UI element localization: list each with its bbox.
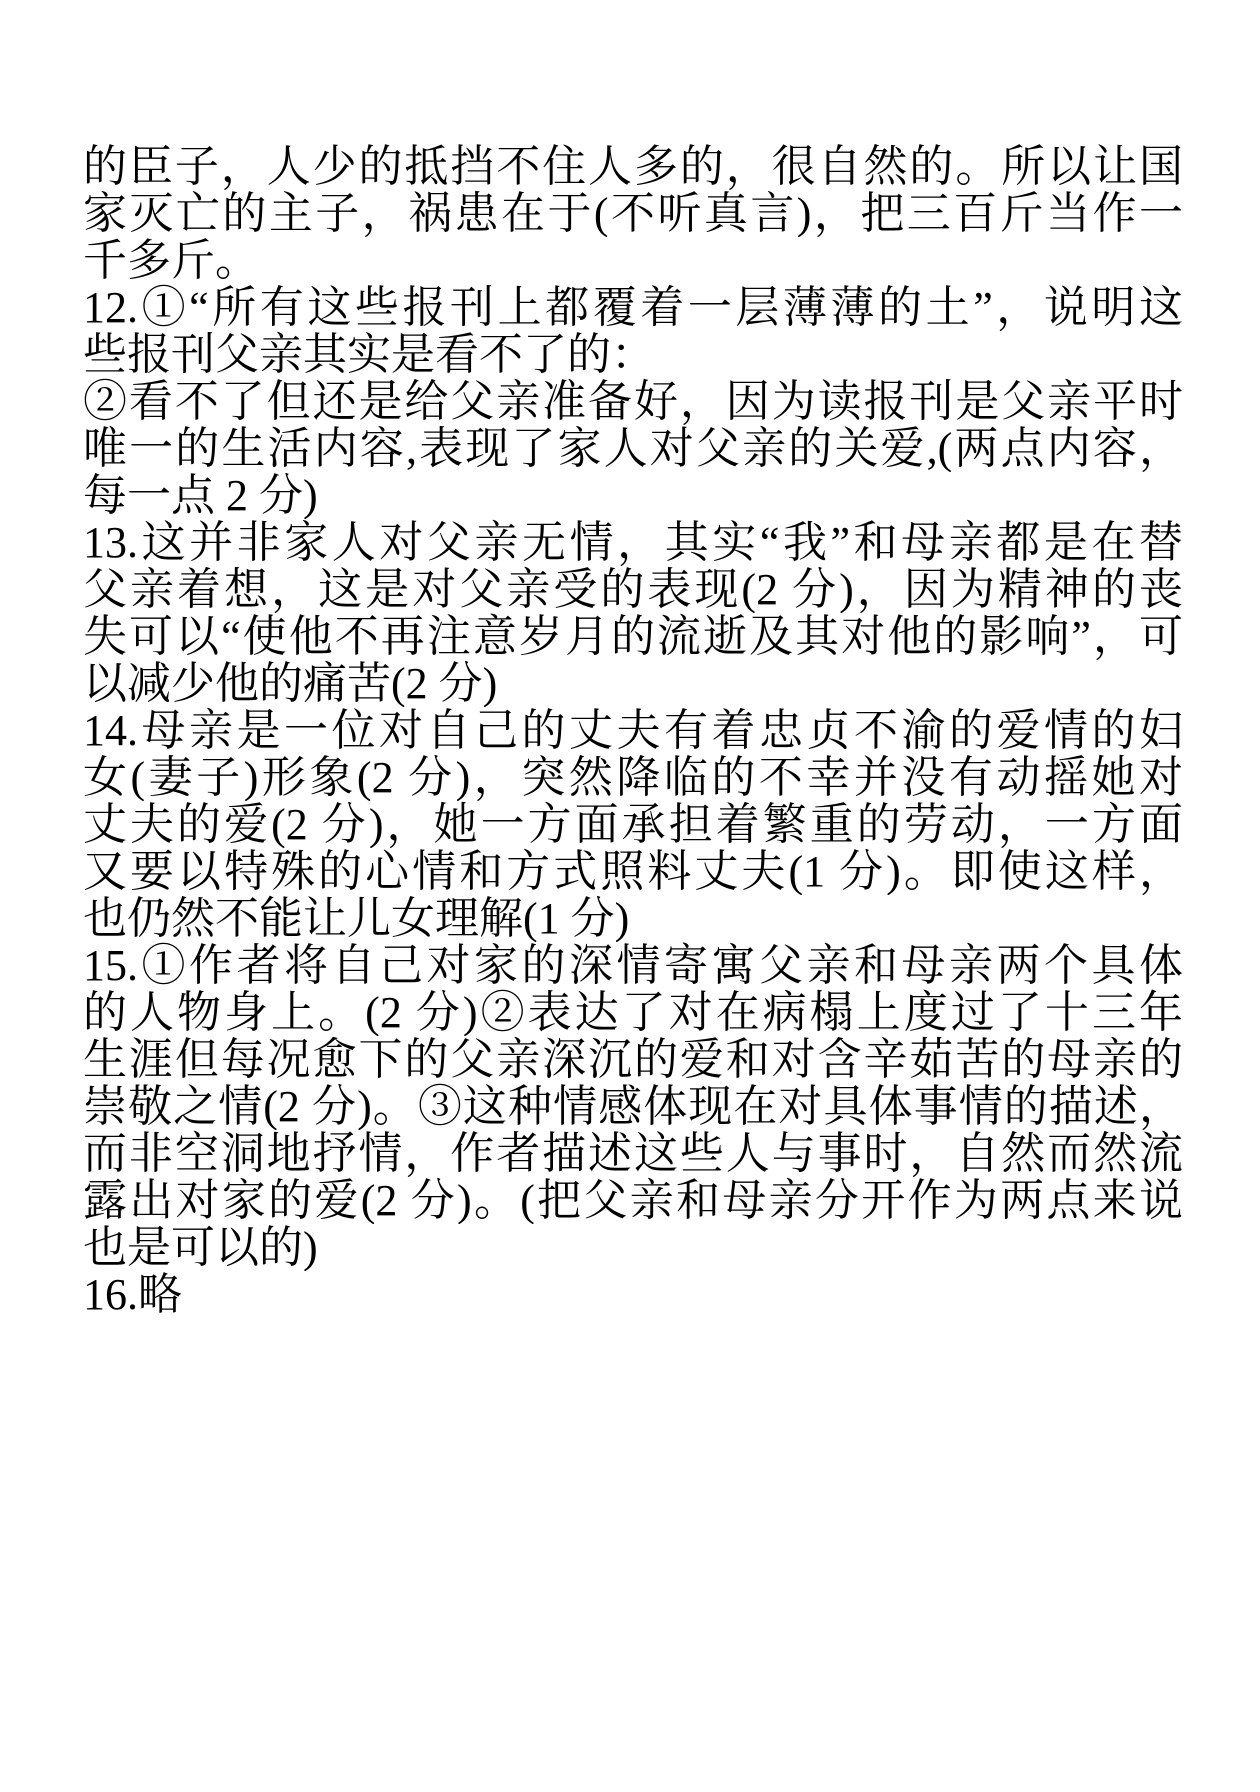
text-line: 千多斤。 <box>83 237 1183 284</box>
text-line: 失可以“使他不再注意岁月的流逝及其对他的影响”，可 <box>83 613 1183 660</box>
text-line: 家灭亡的主子，祸患在于(不听真言)，把三百斤当作一 <box>83 190 1183 237</box>
text-line: 13.这并非家人对父亲无情，其实“我”和母亲都是在替 <box>83 519 1183 566</box>
text-line: 女(妻子)形象(2 分)，突然降临的不幸并没有动摇她对 <box>83 754 1183 801</box>
text-line: 16.略 <box>83 1271 1183 1318</box>
text-line: 也是可以的) <box>83 1224 1183 1271</box>
text-line: 露出对家的爱(2 分)。(把父亲和母亲分开作为两点来说 <box>83 1177 1183 1224</box>
text-line: 以减少他的痛苦(2 分) <box>83 660 1183 707</box>
text-line: 唯一的生活内容,表现了家人对父亲的关爱,(两点内容， <box>83 425 1183 472</box>
document-page: 的臣子，人少的抵挡不住人多的，很自然的。所以让国 家灭亡的主子，祸患在于(不听真… <box>0 0 1260 1792</box>
text-line: 每一点 2 分) <box>83 472 1183 519</box>
text-line: 14.母亲是一位对自己的丈夫有着忠贞不渝的爱情的妇 <box>83 707 1183 754</box>
text-line: 崇敬之情(2 分)。③这种情感体现在对具体事情的描述， <box>83 1083 1183 1130</box>
answer-key-text: 的臣子，人少的抵挡不住人多的，很自然的。所以让国 家灭亡的主子，祸患在于(不听真… <box>83 143 1183 1318</box>
text-line: 的人物身上。(2 分)②表达了对在病榻上度过了十三年 <box>83 989 1183 1036</box>
text-line: 15.①作者将自己对家的深情寄寓父亲和母亲两个具体 <box>83 942 1183 989</box>
text-line: 又要以特殊的心情和方式照料丈夫(1 分)。即使这样， <box>83 848 1183 895</box>
text-line: 12.①“所有这些报刊上都覆着一层薄薄的土”，说明这 <box>83 284 1183 331</box>
text-line: 些报刊父亲其实是看不了的： <box>83 331 1183 378</box>
text-line: 父亲着想，这是对父亲受的表现(2 分)，因为精神的丧 <box>83 566 1183 613</box>
text-line: 也仍然不能让儿女理解(1 分) <box>83 895 1183 942</box>
text-line: ②看不了但还是给父亲准备好，因为读报刊是父亲平时 <box>83 378 1183 425</box>
text-line: 生涯但每况愈下的父亲深沉的爱和对含辛茹苦的母亲的 <box>83 1036 1183 1083</box>
text-line: 丈夫的爱(2 分)，她一方面承担着繁重的劳动，一方面 <box>83 801 1183 848</box>
text-line: 而非空洞地抒情，作者描述这些人与事时，自然而然流 <box>83 1130 1183 1177</box>
text-line: 的臣子，人少的抵挡不住人多的，很自然的。所以让国 <box>83 143 1183 190</box>
